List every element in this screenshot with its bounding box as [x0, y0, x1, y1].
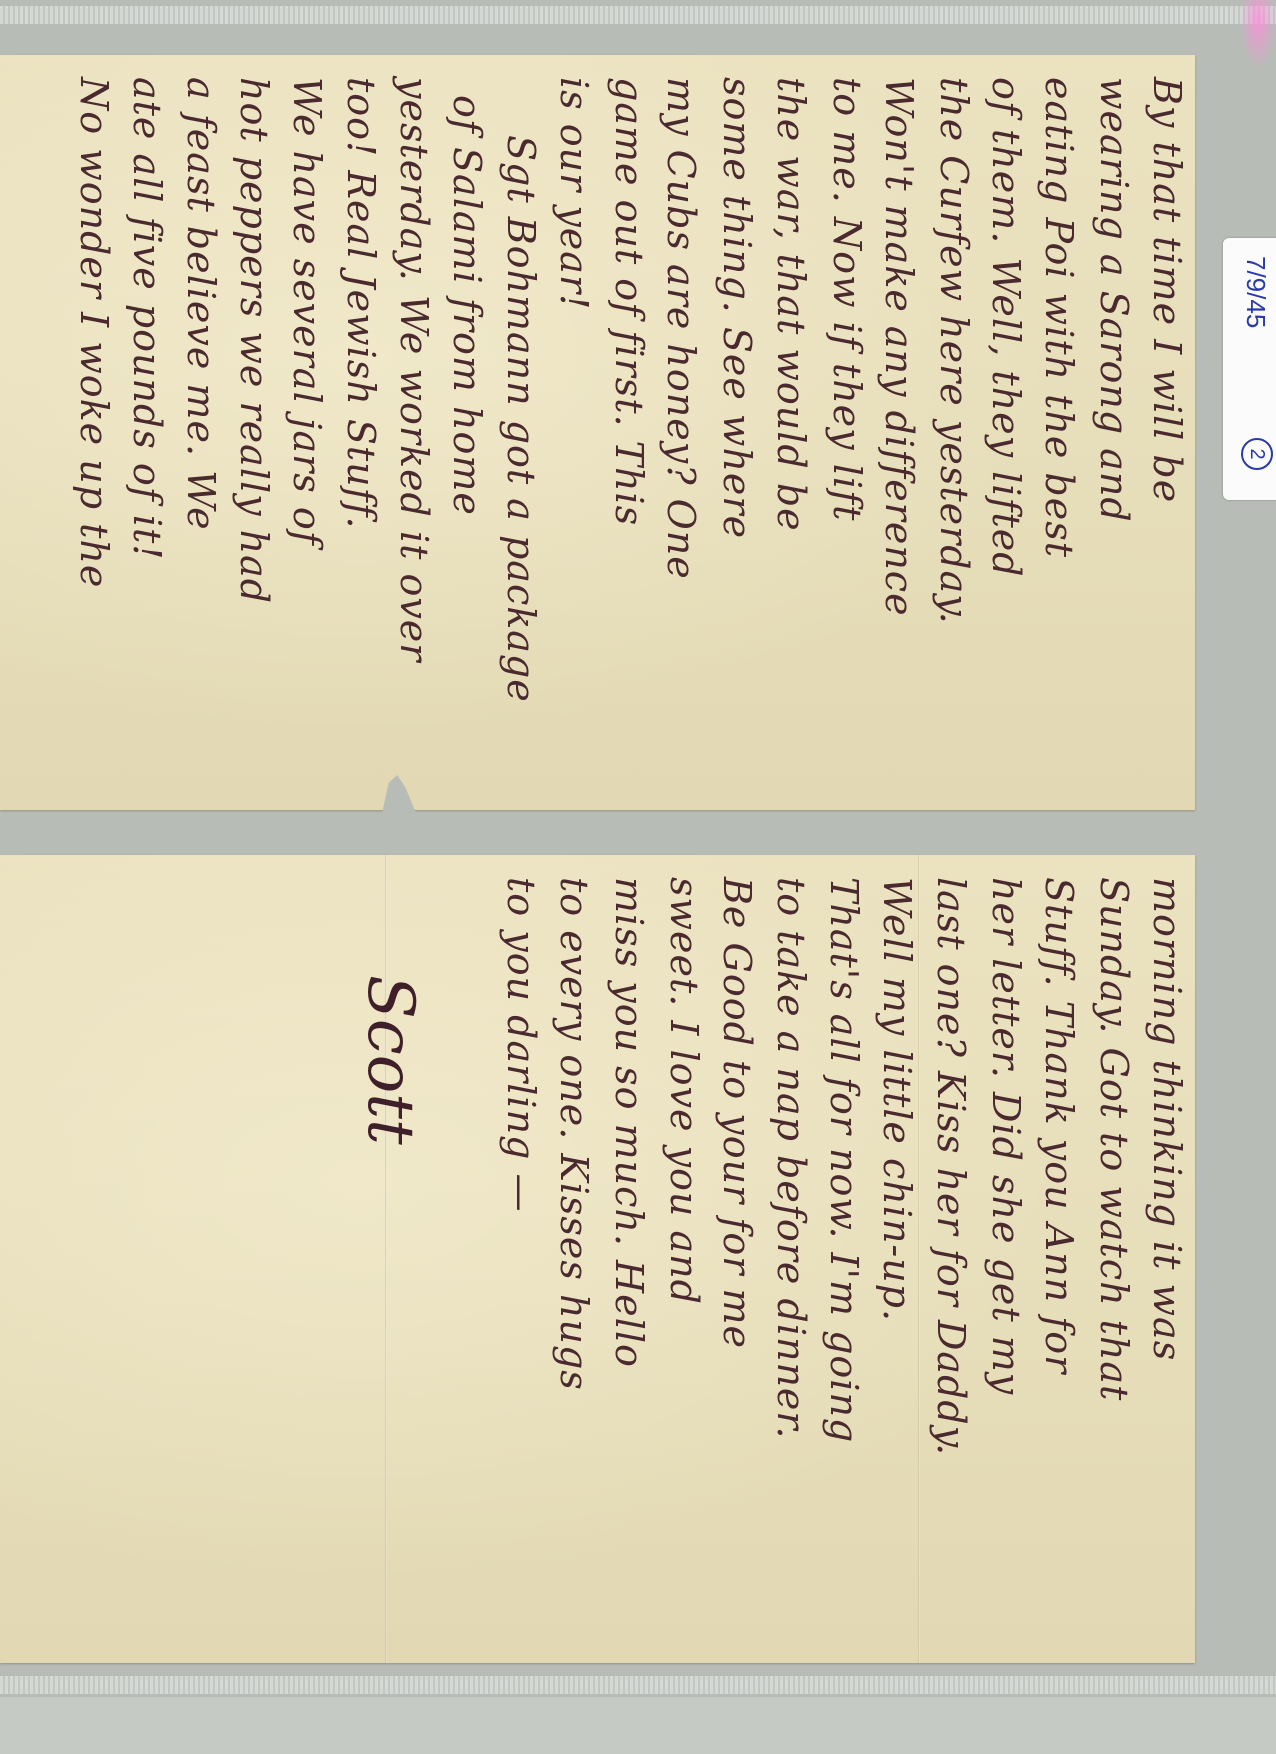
letter-line: sweet. I love you and [657, 877, 710, 1305]
letter-line: morning thinking it was [1140, 877, 1193, 1361]
letter-line: Sgt Bohmann got a package [494, 135, 547, 703]
letter-line: the war, that would be [764, 77, 817, 532]
letter-line: miss you so much. Hello [602, 877, 655, 1368]
letter-line: to every one. Kisses hugs [547, 877, 600, 1391]
letter-line: ate all five pounds of it! [120, 77, 173, 561]
sleeve-lower-area [0, 1697, 1276, 1754]
letter-line: game out of first. This [602, 77, 655, 526]
sleeve-bottom-seam [0, 1676, 1276, 1694]
signature: Scott [353, 975, 427, 1145]
letter-line: to you darling — [494, 877, 547, 1212]
letter-line: my Cubs are honey? One [654, 77, 707, 580]
letter-line: Sunday. Got to watch that [1087, 877, 1140, 1401]
letter-line: is our year! [547, 77, 600, 310]
letter-line: last one? Kiss her for Daddy. [924, 877, 977, 1456]
letter-line: eating Poi with the best [1032, 77, 1085, 558]
letter-line: yesterday. We worked it over [387, 77, 440, 662]
letter-line: hot peppers we really had [227, 77, 280, 604]
letter-page-2: morning thinking it was Sunday. Got to w… [0, 855, 1195, 1663]
letter-line: Stuff. Thank you Ann for [1032, 877, 1085, 1374]
label-page-number: 2 [1241, 438, 1273, 470]
letter-line: of them. Well, they lifted [979, 77, 1032, 578]
label-date: 7/9/45 [1240, 256, 1271, 328]
letter-line: Be Good to your for me [710, 877, 763, 1349]
letter-line: to take a nap before dinner. [764, 877, 817, 1440]
letter-line: too! Real Jewish Stuff. [334, 77, 387, 529]
letter-page-1: By that time I will be wearing a Sarong … [0, 55, 1195, 810]
sleeve-top-seam [0, 6, 1276, 24]
letter-line: the Curfew here yesterday. [927, 77, 980, 625]
letter-line: her letter. Did she get my [979, 877, 1032, 1395]
letter-line: That's all for now. I'm going [817, 877, 870, 1443]
letter-line: No wonder I woke up the [67, 77, 120, 588]
letter-line: By that time I will be [1140, 77, 1193, 503]
letter-line: of Salami from home [440, 95, 493, 516]
letter-line: We have several jars of [280, 77, 333, 546]
letter-line: Won't make any difference [872, 77, 925, 617]
scanner-glare [1240, 0, 1276, 70]
letter-line: Well my little chin-up. [870, 877, 923, 1322]
letter-page-1-text: By that time I will be wearing a Sarong … [0, 55, 1195, 810]
letter-line: some thing. See where [710, 77, 763, 539]
letter-line: to me. Now if they lift [820, 77, 873, 521]
letter-line: wearing a Sarong and [1087, 77, 1140, 523]
letter-line: a feast believe me. We [174, 77, 227, 531]
archive-label-tab: 7/9/45 2 [1223, 238, 1276, 500]
letter-page-2-text: morning thinking it was Sunday. Got to w… [0, 855, 1195, 1663]
